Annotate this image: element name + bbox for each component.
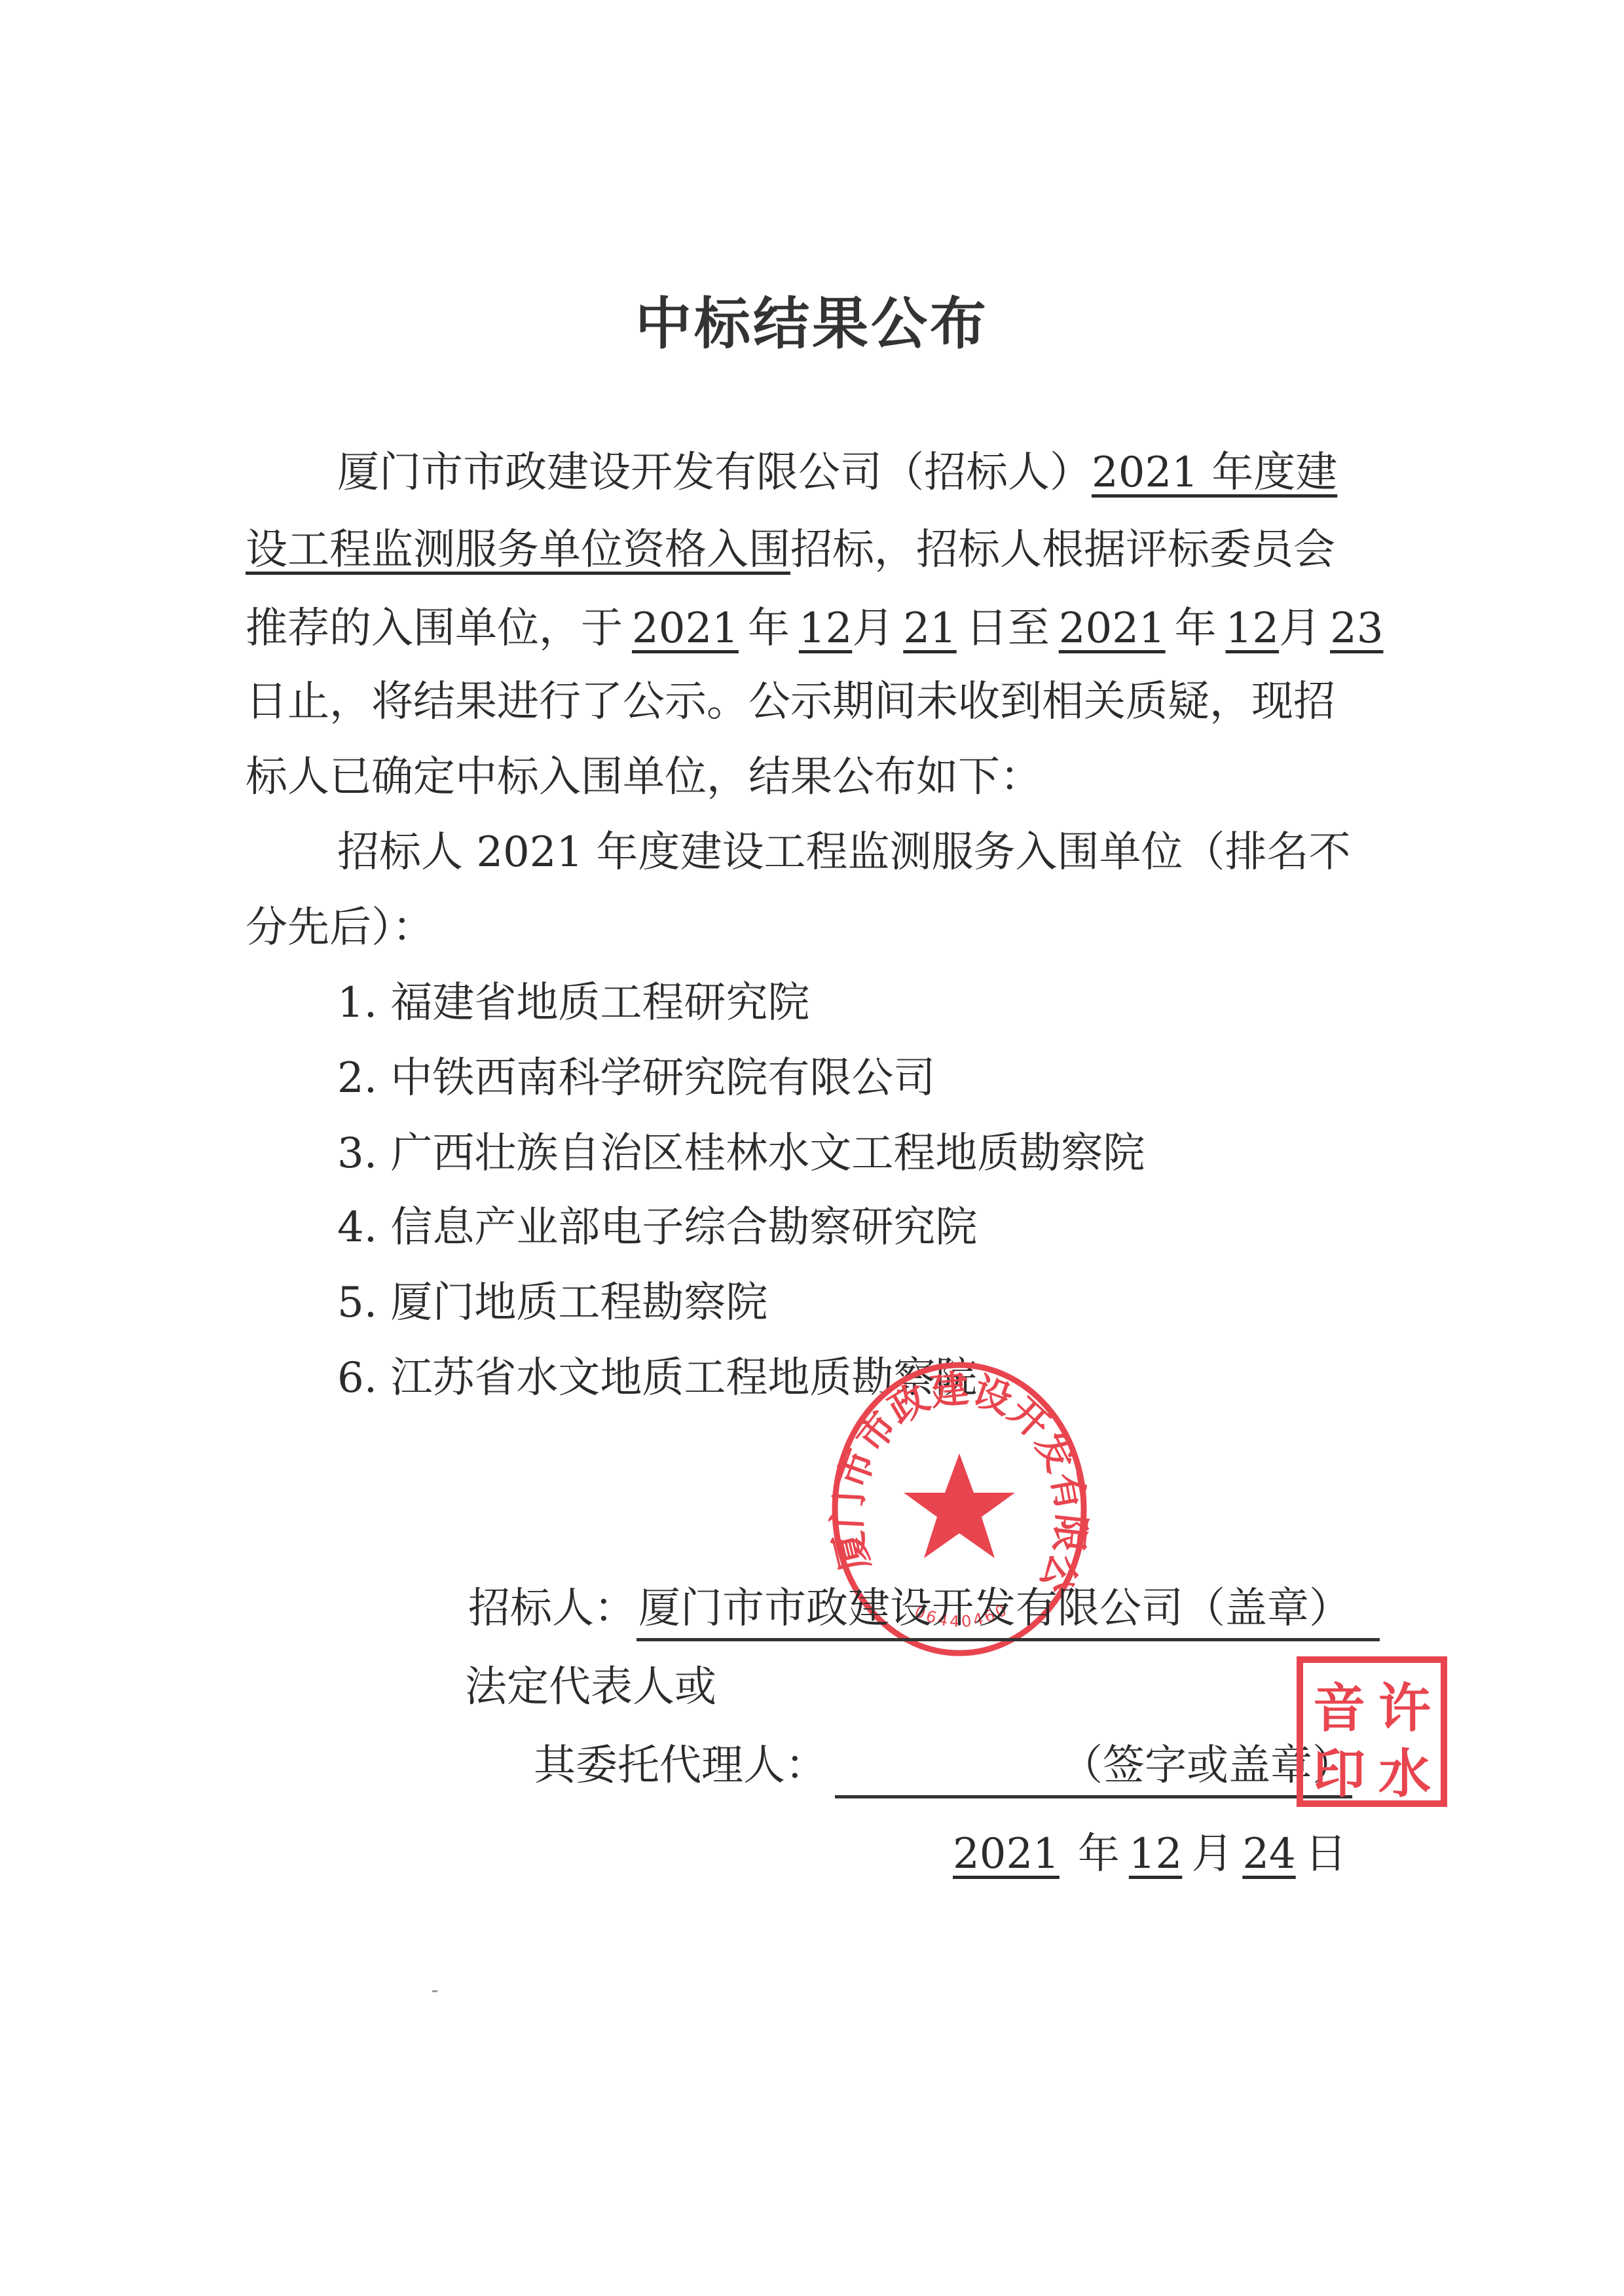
agent-signature-line[interactable] (835, 1795, 1352, 1798)
document-title: 中标结果公布 (0, 278, 1624, 359)
paragraph1-line2-text: 招标，招标人根据评标委员会 (790, 526, 1335, 574)
publicity-intro: 推荐的入围单位，于 (246, 604, 623, 653)
year-label: 年 (748, 604, 790, 653)
seal-char: 音 (1313, 1666, 1365, 1741)
year-label: 年 (1078, 1830, 1120, 1878)
project-name-part1: 2021 年度建 (1092, 448, 1337, 497)
winner-item: 4. 信息产业部电子综合勘察研究院 (337, 1207, 977, 1248)
tenderer-underline (637, 1638, 1380, 1641)
start-day: 21 (903, 604, 956, 653)
winner-item: 3. 广西壮族自治区桂林水文工程地质勘察院 (337, 1133, 1145, 1175)
paragraph2-line2: 分先后）： (246, 907, 434, 949)
scan-speck (432, 1990, 437, 1992)
start-month: 12 (799, 604, 852, 653)
personal-seal-icon: 音 许 印 水 (1297, 1656, 1447, 1807)
paragraph1-line5: 标人已确定中标入围单位，结果公布如下： (246, 756, 1042, 798)
year-label: 年 (1175, 604, 1217, 653)
project-name-part2: 设工程监测服务单位资格入围 (246, 526, 790, 574)
paragraph1-line3: 推荐的入围单位，于2021年12月21日至2021年12月23 (246, 608, 1384, 649)
winner-item: 5. 厦门地质工程勘察院 (337, 1282, 767, 1324)
seal-char: 许 (1378, 1666, 1431, 1741)
month-label: 月 (852, 604, 894, 653)
day-to-label: 日至 (966, 604, 1050, 653)
paragraph1-line1: 厦门市市政建设开发有限公司（招标人）2021 年度建 (337, 452, 1337, 494)
legal-rep-label: 法定代表人或 (465, 1666, 716, 1708)
end-day: 23 (1330, 604, 1383, 653)
start-year: 2021 (632, 604, 739, 653)
seal-char: 水 (1378, 1732, 1431, 1807)
signature-date: 2021年12月24日 (953, 1833, 1347, 1875)
agent-label: 其委托代理人： (534, 1745, 827, 1787)
winner-item: 2. 中铁西南科学研究院有限公司 (337, 1057, 935, 1099)
winner-item: 1. 福建省地质工程研究院 (337, 982, 809, 1024)
end-month: 12 (1226, 604, 1279, 653)
paragraph2-line1: 招标人 2021 年度建设工程监测服务入围单位（排名不 (337, 831, 1351, 873)
month-label: 月 (1279, 604, 1321, 653)
end-year: 2021 (1059, 604, 1166, 653)
seal-char: 印 (1313, 1732, 1365, 1807)
tenderer-label: 招标人： (468, 1588, 636, 1630)
date-day: 24 (1242, 1830, 1295, 1878)
paragraph1-line4: 日止，将结果进行了公示。公示期间未收到相关质疑，现招 (246, 681, 1335, 723)
month-label: 月 (1191, 1830, 1233, 1878)
tenderer-intro: 厦门市市政建设开发有限公司（招标人） (337, 448, 1092, 497)
paragraph1-line2: 设工程监测服务单位资格入围招标，招标人根据评标委员会 (246, 529, 1335, 571)
date-year: 2021 (953, 1830, 1060, 1878)
day-label: 日 (1305, 1830, 1347, 1878)
date-month: 12 (1129, 1830, 1182, 1878)
tenderer-name: 厦门市市政建设开发有限公司（盖章） (638, 1588, 1351, 1630)
